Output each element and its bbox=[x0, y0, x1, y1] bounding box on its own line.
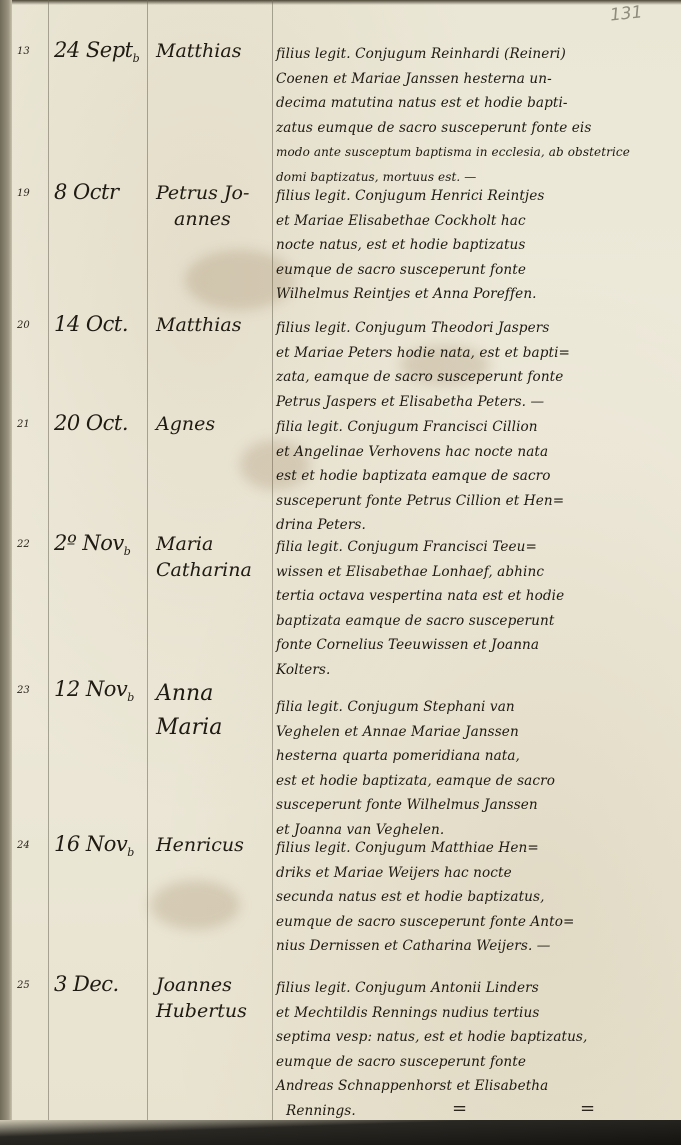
record-line: hesterna quarta pomeridiana nata, bbox=[276, 744, 676, 769]
record-line: filia legit. Conjugum Francisci Cillion bbox=[276, 415, 676, 440]
record-line: filia legit. Conjugum Stephani van bbox=[276, 695, 676, 720]
entry-date: 20 Oct. bbox=[54, 411, 146, 435]
record-line: filius legit. Conjugum Matthiae Hen= bbox=[276, 836, 676, 861]
double-dash-mark: = bbox=[580, 1098, 595, 1119]
entry-record-text: filius legit. Conjugum Theodori Jaspers … bbox=[276, 316, 676, 414]
record-line: nius Dernissen et Catharina Weijers. — bbox=[276, 934, 676, 959]
record-line: est et hodie baptizata, eamque de sacro bbox=[276, 769, 676, 794]
column-rule-number bbox=[48, 0, 49, 1128]
entry-date: 14 Oct. bbox=[54, 312, 146, 336]
book-binding bbox=[0, 0, 12, 1128]
record-line: susceperunt fonte Wilhelmus Janssen bbox=[276, 793, 676, 818]
entry-date-suffix: b bbox=[127, 691, 134, 704]
record-line: et Mechtildis Rennings nudius tertius bbox=[276, 1001, 676, 1026]
record-line: zata, eamque de sacro susceperunt fonte bbox=[276, 365, 676, 390]
record-line: susceperunt fonte Petrus Cillion et Hen= bbox=[276, 489, 676, 514]
record-line: driks et Mariae Weijers hac nocte bbox=[276, 861, 676, 886]
entry-record-text: filius legit. Conjugum Reinhardi (Reiner… bbox=[276, 42, 676, 189]
entry-number: 20 bbox=[17, 320, 43, 331]
entry-date-text: 20 Oct. bbox=[54, 411, 128, 435]
entry-date-text: 12 Nov bbox=[54, 677, 127, 701]
entry-date: 2º Novb bbox=[54, 531, 146, 558]
record-line: secunda natus est et hodie baptizatus, bbox=[276, 885, 676, 910]
entry-name: Matthias bbox=[156, 312, 274, 338]
entry-date-text: 3 Dec. bbox=[54, 972, 119, 996]
entry-name-line: Matthias bbox=[156, 38, 274, 64]
entry-name: Anna Maria bbox=[156, 677, 274, 745]
record-line: Coenen et Mariae Janssen hesterna un- bbox=[276, 67, 676, 92]
record-line: et Mariae Elisabethae Cockholt hac bbox=[276, 209, 676, 234]
paper-stain bbox=[150, 880, 240, 930]
record-line: eumque de sacro susceperunt fonte bbox=[276, 1050, 676, 1075]
entry-number: 19 bbox=[17, 188, 43, 199]
entry-date-text: 14 Oct. bbox=[54, 312, 128, 336]
entry-record-text: filia legit. Conjugum Stephani van Veghe… bbox=[276, 695, 676, 842]
entry-name: Agnes bbox=[156, 411, 274, 437]
entry-record-text: filius legit. Conjugum Matthiae Hen= dri… bbox=[276, 836, 676, 959]
entry-record-text: filius legit. Conjugum Henrici Reintjes … bbox=[276, 184, 676, 307]
record-line: et Angelinae Verhovens hac nocte nata bbox=[276, 440, 676, 465]
entry-date-text: 2º Nov bbox=[54, 531, 124, 555]
record-line: fonte Cornelius Teeuwissen et Joanna bbox=[276, 633, 676, 658]
entry-name-line: Matthias bbox=[156, 312, 274, 338]
entry-name-line: annes bbox=[156, 206, 274, 232]
record-line: eumque de sacro susceperunt fonte bbox=[276, 258, 676, 283]
record-line: eumque de sacro susceperunt fonte Anto= bbox=[276, 910, 676, 935]
entry-record-text: filius legit. Conjugum Antonii Linders e… bbox=[276, 976, 676, 1123]
entry-name-line: Joannes bbox=[156, 972, 274, 998]
entry-date: 16 Novb bbox=[54, 832, 146, 859]
record-line: Petrus Jaspers et Elisabetha Peters. — bbox=[276, 390, 676, 415]
record-line: Wilhelmus Reintjes et Anna Poreffen. bbox=[276, 282, 676, 307]
record-line: filius legit. Conjugum Henrici Reintjes bbox=[276, 184, 676, 209]
entry-date-text: 24 Sept bbox=[54, 38, 133, 62]
entry-name-line: Anna bbox=[156, 677, 274, 711]
record-line: filius legit. Conjugum Antonii Linders bbox=[276, 976, 676, 1001]
entry-record-text: filia legit. Conjugum Francisci Cillion … bbox=[276, 415, 676, 538]
entry-number: 23 bbox=[17, 685, 43, 696]
entry-name-line: Maria bbox=[156, 711, 274, 745]
record-line: wissen et Elisabethae Lonhaef, abhinc bbox=[276, 560, 676, 585]
register-page: 131 13 24 Septb Matthias filius legit. C… bbox=[0, 0, 681, 1128]
entry-date-suffix: b bbox=[127, 846, 134, 859]
entry-name: Matthias bbox=[156, 38, 274, 64]
entry-name: Petrus Jo- annes bbox=[156, 180, 274, 232]
entry-record-text: filia legit. Conjugum Francisci Teeu= wi… bbox=[276, 535, 676, 682]
record-line: Andreas Schnappenhorst et Elisabetha bbox=[276, 1074, 676, 1099]
entry-number: 13 bbox=[17, 46, 43, 57]
entry-name-line: Hubertus bbox=[156, 998, 274, 1024]
record-line: decima matutina natus est et hodie bapti… bbox=[276, 91, 676, 116]
double-dash-mark: = bbox=[452, 1098, 467, 1119]
entry-date: 8 Octr bbox=[54, 180, 146, 204]
folio-number: 131 bbox=[609, 2, 643, 25]
column-rule-date bbox=[147, 0, 148, 1128]
record-line: baptizata eamque de sacro susceperunt bbox=[276, 609, 676, 634]
entry-date: 3 Dec. bbox=[54, 972, 146, 996]
entry-date-text: 8 Octr bbox=[54, 180, 119, 204]
page-bottom-edge bbox=[0, 1120, 681, 1145]
record-line: Veghelen et Annae Mariae Janssen bbox=[276, 720, 676, 745]
entry-number: 22 bbox=[17, 539, 43, 550]
record-line: septima vesp: natus, est et hodie baptiz… bbox=[276, 1025, 676, 1050]
record-line: modo ante susceptum baptisma in ecclesia… bbox=[276, 140, 676, 165]
entry-number: 25 bbox=[17, 980, 43, 991]
entry-date: 12 Novb bbox=[54, 677, 146, 704]
record-line: drina Peters. bbox=[276, 513, 676, 538]
record-line: zatus eumque de sacro susceperunt fonte … bbox=[276, 116, 676, 141]
record-line: et Mariae Peters hodie nata, est et bapt… bbox=[276, 341, 676, 366]
entry-number: 24 bbox=[17, 840, 43, 851]
entry-date-suffix: b bbox=[133, 52, 140, 65]
entry-name: Joannes Hubertus bbox=[156, 972, 274, 1024]
page-top-shadow bbox=[0, 0, 681, 5]
record-line: filius legit. Conjugum Theodori Jaspers bbox=[276, 316, 676, 341]
entry-name-line: Catharina bbox=[156, 557, 274, 583]
entry-name: Maria Catharina bbox=[156, 531, 274, 583]
record-line: filia legit. Conjugum Francisci Teeu= bbox=[276, 535, 676, 560]
entry-date-suffix: b bbox=[124, 545, 131, 558]
entry-name-line: Petrus Jo- bbox=[156, 180, 274, 206]
record-line: filius legit. Conjugum Reinhardi (Reiner… bbox=[276, 42, 676, 67]
entry-number: 21 bbox=[17, 419, 43, 430]
entry-name: Henricus bbox=[156, 832, 274, 858]
entry-date-text: 16 Nov bbox=[54, 832, 127, 856]
record-line: tertia octava vespertina nata est et hod… bbox=[276, 584, 676, 609]
entry-name-line: Agnes bbox=[156, 411, 274, 437]
entry-date: 24 Septb bbox=[54, 38, 146, 65]
record-line: est et hodie baptizata eamque de sacro bbox=[276, 464, 676, 489]
entry-name-line: Henricus bbox=[156, 832, 274, 858]
record-line: Kolters. bbox=[276, 658, 676, 683]
record-line: nocte natus, est et hodie baptizatus bbox=[276, 233, 676, 258]
entry-name-line: Maria bbox=[156, 531, 274, 557]
